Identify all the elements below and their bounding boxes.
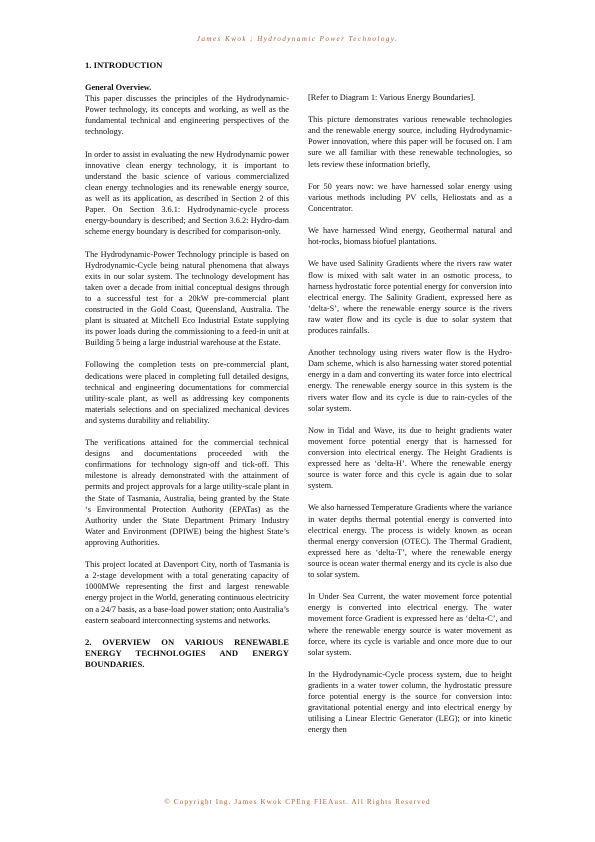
section-1-title: 1. INTRODUCTION xyxy=(85,60,289,71)
paragraph: This picture demonstrates various renewa… xyxy=(308,114,512,169)
section-2-title: 2. OVERVIEW ON VARIOUS RENEWABLE ENERGY … xyxy=(85,637,289,670)
paragraph: We also harnessed Temperature Gradients … xyxy=(308,502,512,580)
running-header: James Kwok ; Hydrodynamic Power Technolo… xyxy=(0,35,595,43)
paragraph: Now in Tidal and Wave, its due to height… xyxy=(308,425,512,492)
right-column: [Refer to Diagram 1: Various Energy Boun… xyxy=(308,92,512,747)
paragraph: In the Hydrodynamic-Cycle process system… xyxy=(308,669,512,736)
diagram-reference: [Refer to Diagram 1: Various Energy Boun… xyxy=(308,92,512,103)
paragraph: The verifications attained for the comme… xyxy=(85,437,289,548)
paragraph: The Hydrodynamic-Power Technology princi… xyxy=(85,249,289,349)
paragraph: We have harnessed Wind energy, Geotherma… xyxy=(308,225,512,247)
paragraph: In order to assist in evaluating the new… xyxy=(85,149,289,238)
paragraph: Another technology using rivers water fl… xyxy=(308,347,512,414)
paragraph: In Under Sea Current, the water movement… xyxy=(308,591,512,658)
copyright-footer: © Copyright Ing. James Kwok CPEng FIEAus… xyxy=(0,798,595,806)
paragraph: Following the completion tests on pre-co… xyxy=(85,359,289,426)
left-column: 1. INTRODUCTION General Overview. This p… xyxy=(85,60,289,670)
paragraph: For 50 years now: we have harnessed sola… xyxy=(308,181,512,214)
subheading-general-overview: General Overview. xyxy=(85,82,289,93)
paragraph: This project located at Davenport City, … xyxy=(85,559,289,626)
paragraph: This paper discusses the principles of t… xyxy=(85,93,289,137)
paragraph: We have used Salinity Gradients where th… xyxy=(308,258,512,336)
